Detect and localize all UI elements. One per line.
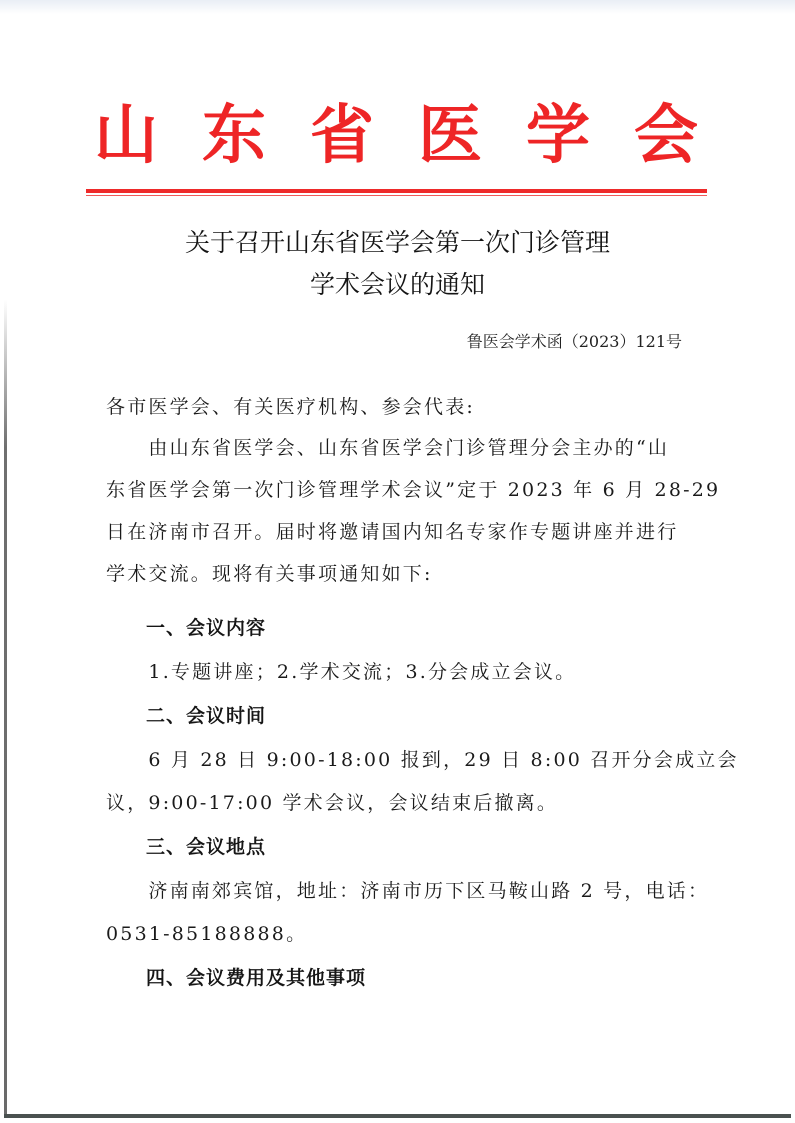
section-heading-content: 一、会议内容 [146,616,266,640]
letterhead-char: 医 [410,96,490,176]
title-line-2: 学术会议的通知 [100,264,695,306]
scan-top-shading [0,0,795,14]
title-line-1: 关于召开山东省医学会第一次门诊管理 [100,222,695,264]
document-number: 鲁医会学术函（2023）121号 [467,331,682,353]
letterhead-char: 东 [194,96,274,176]
section-line: 6 月 28 日 9:00-18:00 报到，29 日 8:00 召开分会成立会 [106,748,686,772]
document-title: 关于召开山东省医学会第一次门诊管理 学术会议的通知 [100,222,695,306]
section-heading-fees: 四、会议费用及其他事项 [146,966,366,990]
intro-line: 由山东省医学会、山东省医学会门诊管理分会主办的“山 [106,436,686,460]
letterhead-char: 会 [626,96,706,176]
letterhead-org-name: 山 东 省 医 学 会 [86,96,706,176]
scan-bottom-edge [4,1114,791,1118]
salutation: 各市医学会、有关医疗机构、参会代表: [106,395,686,419]
section-heading-time: 二、会议时间 [146,704,266,728]
section-line: 济南南郊宾馆，地址：济南市历下区马鞍山路 2 号，电话： [106,879,686,903]
intro-line: 东省医学会第一次门诊管理学术会议”定于 2023 年 6 月 28-29 [106,478,686,502]
letterhead-char: 山 [86,96,166,176]
intro-line: 学术交流。现将有关事项通知如下: [106,562,686,586]
section-heading-location: 三、会议地点 [146,835,266,859]
letterhead-red-rule-thin [86,195,707,196]
section-line: 0531-85188888。 [106,922,686,946]
letterhead-char: 学 [518,96,598,176]
scan-left-edge [4,300,7,1118]
intro-line: 日在济南市召开。届时将邀请国内知名专家作专题讲座并进行 [106,520,686,544]
letterhead-red-rule [86,189,707,193]
section-line: 1.专题讲座；2.学术交流；3.分会成立会议。 [106,660,686,684]
letterhead-char: 省 [302,96,382,176]
section-line: 议，9:00-17:00 学术会议，会议结束后撤离。 [106,791,686,815]
